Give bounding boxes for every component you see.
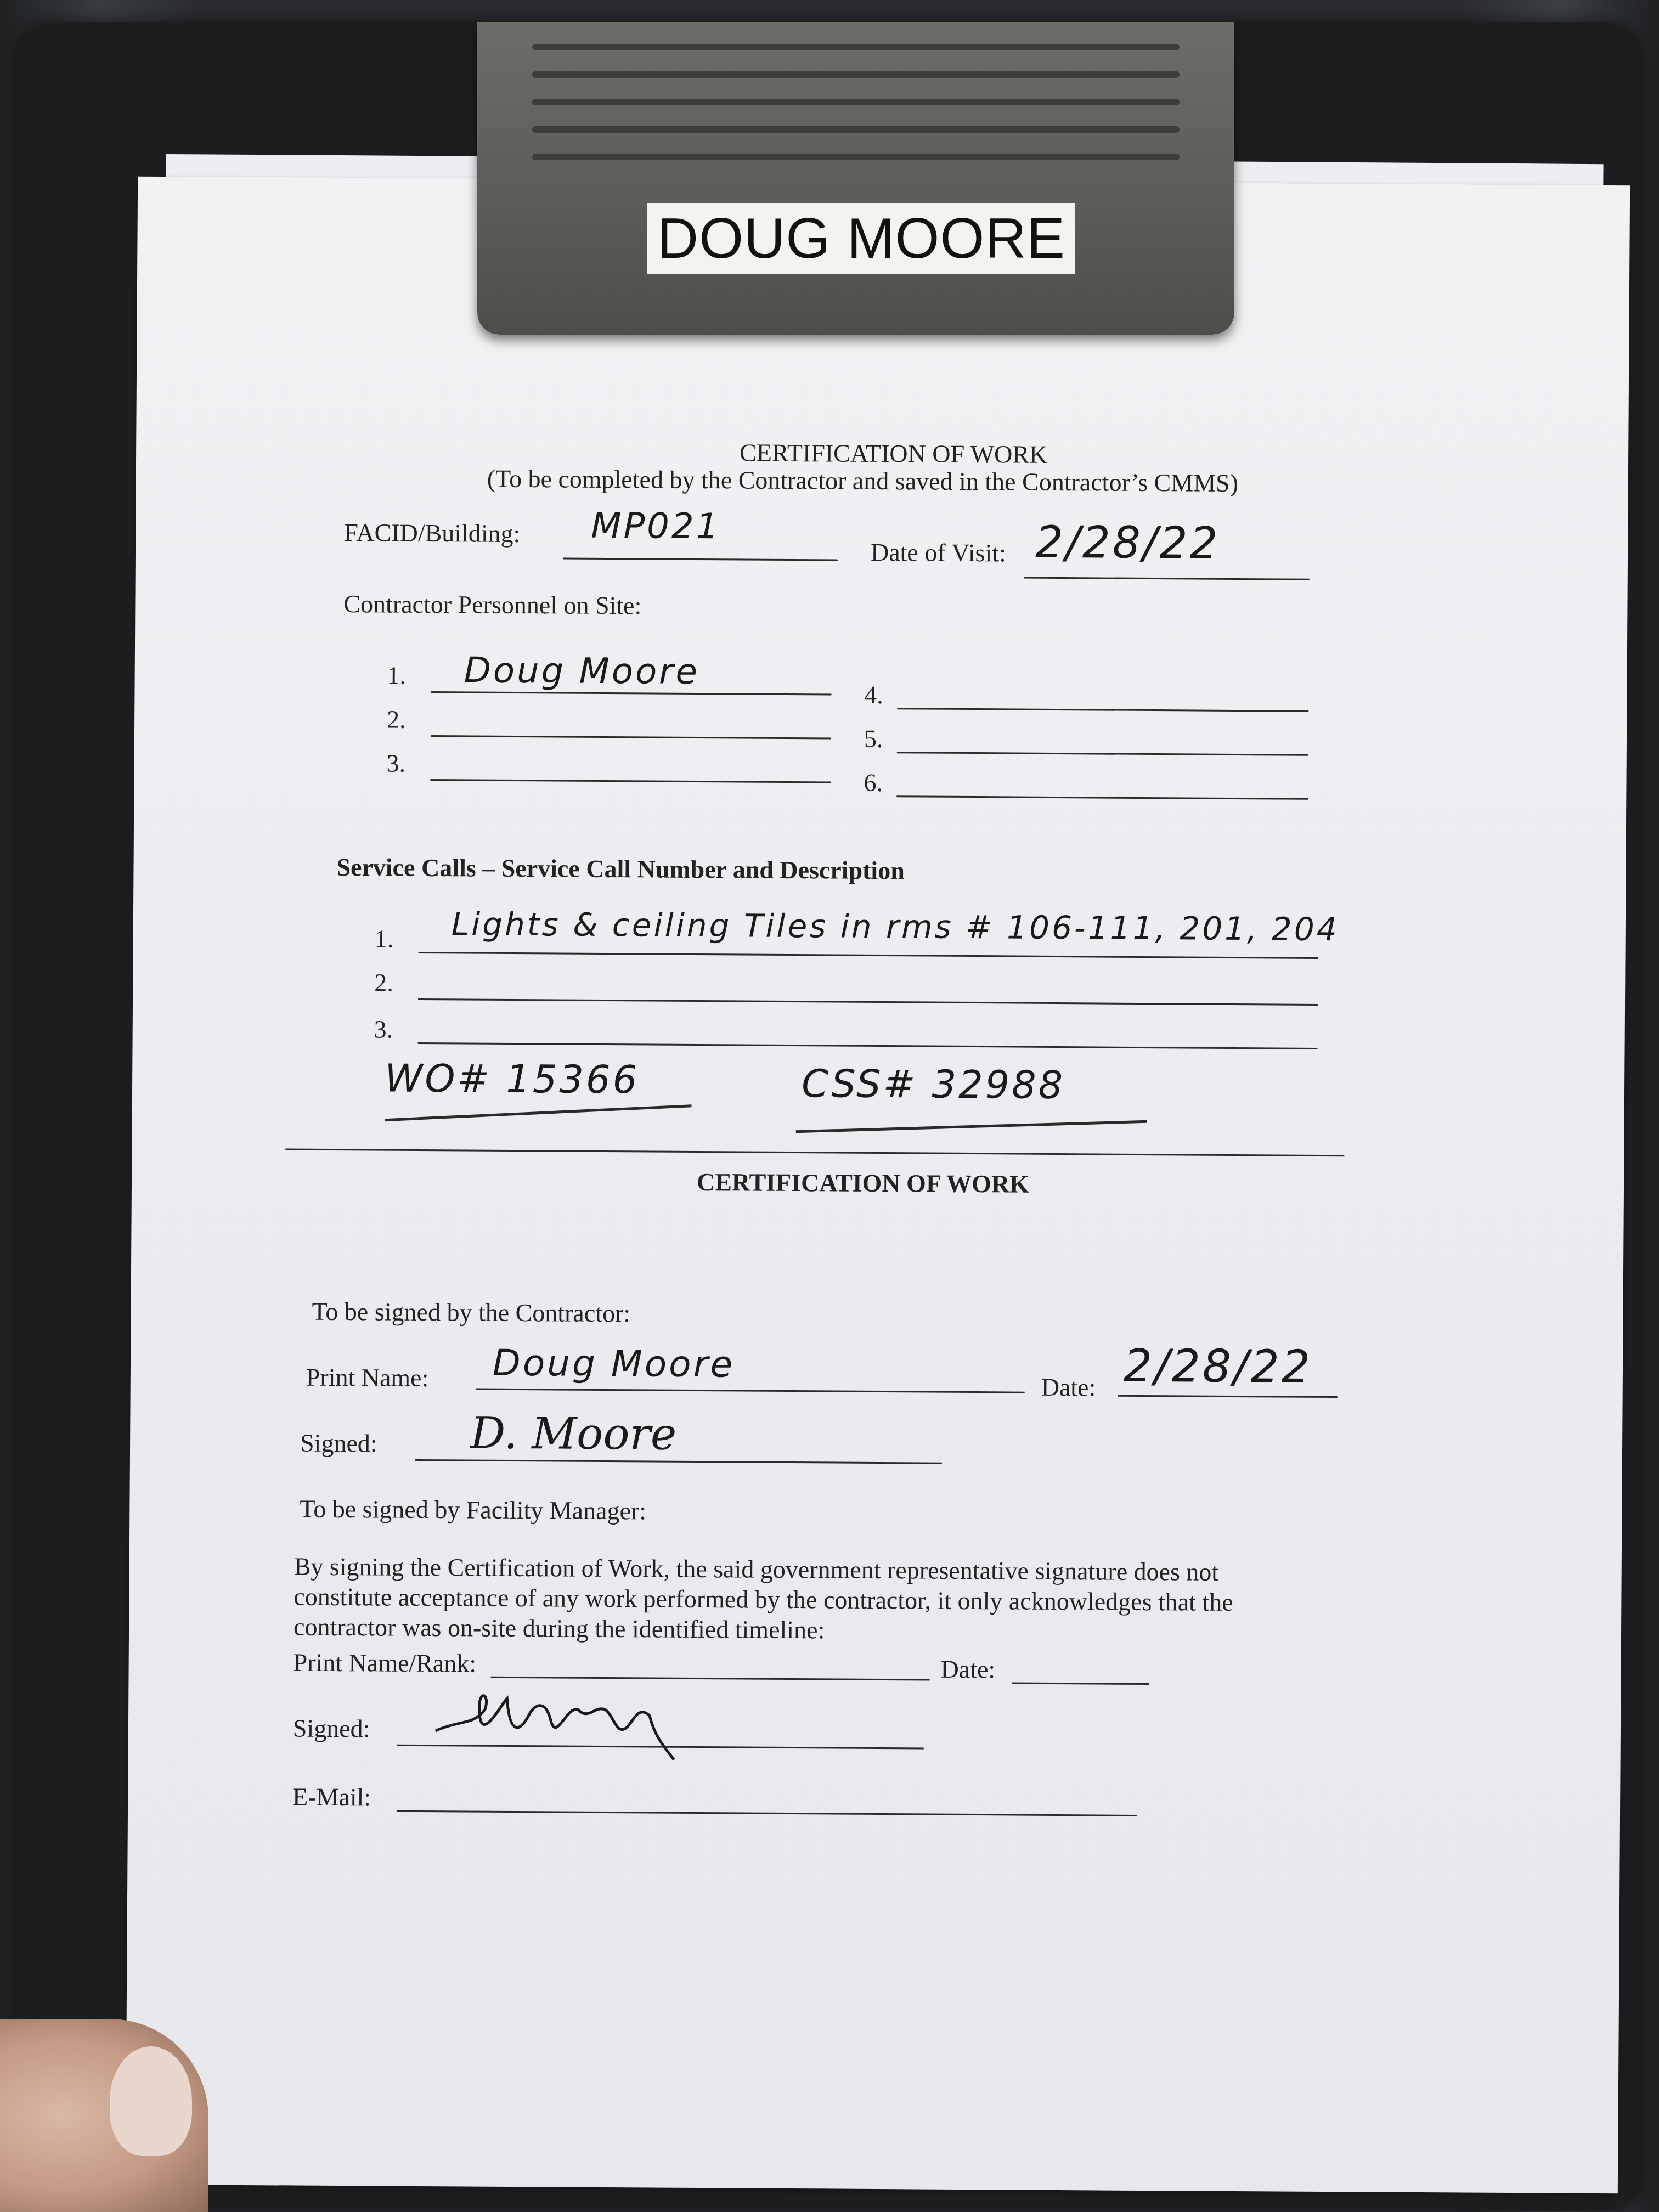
date-of-visit-value[interactable]: 2/28/22 bbox=[1035, 517, 1220, 569]
service-call-line-2 bbox=[418, 998, 1318, 1006]
certification-form: CERTIFICATION OF WORK (To be completed b… bbox=[126, 177, 1630, 2194]
signed-line bbox=[415, 1459, 942, 1464]
service-call-num-2: 2. bbox=[374, 968, 393, 997]
section-heading: CERTIFICATION OF WORK bbox=[697, 1167, 1029, 1199]
work-order-number[interactable]: WO# 15366 bbox=[385, 1056, 639, 1103]
personnel-line-5 bbox=[897, 752, 1308, 756]
fm-date-line[interactable] bbox=[1012, 1683, 1149, 1685]
facility-manager-signature-scribble bbox=[425, 1671, 710, 1765]
personnel-line-6 bbox=[896, 795, 1308, 800]
form-title: CERTIFICATION OF WORK bbox=[740, 438, 1048, 469]
personnel-num-3: 3. bbox=[387, 749, 406, 778]
signed-label: Signed: bbox=[300, 1429, 377, 1458]
disclaimer-line-3: contractor was on-site during the identi… bbox=[294, 1612, 825, 1645]
personnel-num-6: 6. bbox=[864, 768, 883, 797]
personnel-line-3 bbox=[430, 779, 831, 783]
facility-sign-label: To be signed by Facility Manager: bbox=[300, 1494, 646, 1526]
service-call-num-1: 1. bbox=[375, 924, 394, 953]
service-call-line-3 bbox=[418, 1042, 1318, 1049]
personnel-value-1[interactable]: Doug Moore bbox=[464, 650, 699, 692]
service-call-line-1 bbox=[419, 952, 1318, 959]
date-line bbox=[1118, 1395, 1338, 1398]
personnel-num-2: 2. bbox=[387, 705, 406, 734]
facid-value[interactable]: MP021 bbox=[591, 506, 720, 547]
email-line[interactable] bbox=[397, 1810, 1137, 1816]
personnel-num-1: 1. bbox=[387, 661, 406, 690]
personnel-line-4 bbox=[897, 708, 1308, 712]
date-value[interactable]: 2/28/22 bbox=[1124, 1340, 1313, 1393]
date-of-visit-line bbox=[1024, 577, 1310, 580]
print-name-label: Print Name: bbox=[306, 1363, 429, 1392]
fm-signed-label: Signed: bbox=[293, 1714, 370, 1743]
facid-label: FACID/Building: bbox=[344, 518, 521, 548]
disclaimer-line-2: constitute acceptance of any work perfor… bbox=[294, 1582, 1233, 1617]
facid-line bbox=[563, 557, 838, 561]
date-label: Date: bbox=[1041, 1373, 1096, 1402]
service-calls-heading: Service Calls – Service Call Number and … bbox=[336, 853, 905, 885]
date-of-visit-label: Date of Visit: bbox=[871, 538, 1006, 568]
personnel-num-5: 5. bbox=[864, 724, 883, 753]
personnel-num-4: 4. bbox=[864, 680, 883, 709]
personnel-line-2 bbox=[431, 735, 831, 739]
clipboard: CERTIFICATION OF WORK (To be completed b… bbox=[16, 22, 1640, 2211]
css-underline bbox=[796, 1120, 1147, 1133]
clipboard-name-label: DOUG MOORE bbox=[647, 203, 1075, 274]
print-name-line bbox=[476, 1389, 1025, 1393]
contractor-sign-label: To be signed by the Contractor: bbox=[312, 1297, 630, 1328]
service-call-num-3: 3. bbox=[374, 1014, 393, 1043]
clipboard-clip: DOUG MOORE bbox=[477, 22, 1234, 335]
personnel-label: Contractor Personnel on Site: bbox=[343, 589, 641, 620]
email-label: E-Mail: bbox=[292, 1782, 371, 1812]
section-divider bbox=[285, 1148, 1344, 1156]
print-name-value[interactable]: Doug Moore bbox=[493, 1342, 735, 1386]
fm-date-label: Date: bbox=[940, 1655, 995, 1684]
form-subtitle: (To be completed by the Contractor and s… bbox=[487, 464, 1239, 498]
disclaimer-line-1: By signing the Certification of Work, th… bbox=[294, 1552, 1219, 1587]
work-order-underline bbox=[385, 1104, 692, 1121]
css-number[interactable]: CSS# 32988 bbox=[802, 1061, 1065, 1108]
contractor-signature[interactable]: D. Moore bbox=[470, 1407, 677, 1459]
thumbnail bbox=[110, 2046, 192, 2156]
service-call-value-1[interactable]: Lights & ceiling Tiles in rms # 106-111,… bbox=[452, 905, 1339, 948]
